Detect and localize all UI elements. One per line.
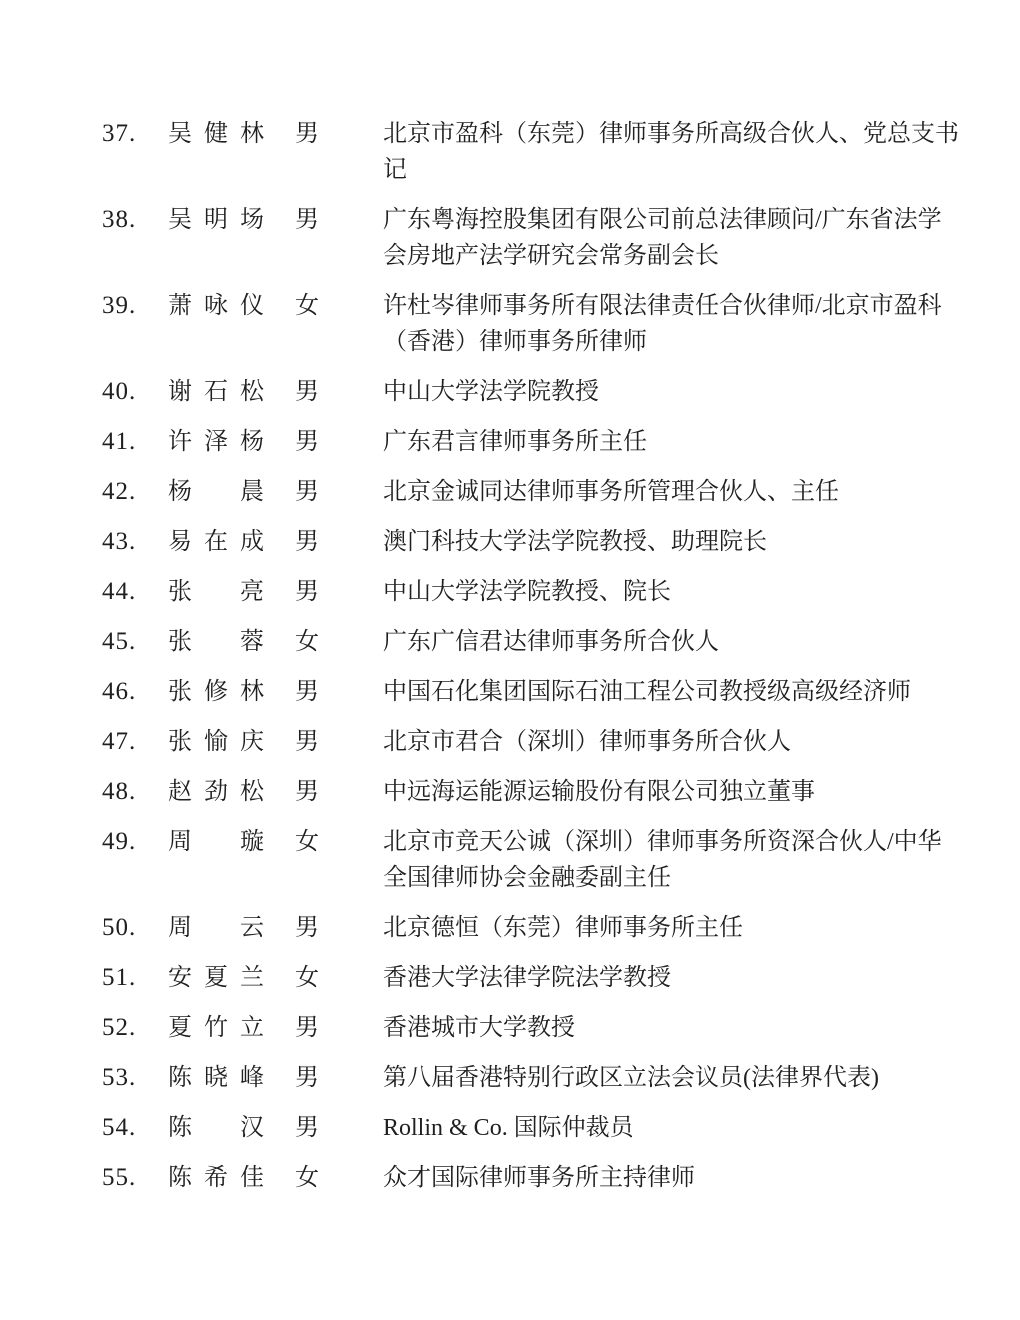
entry-gender: 男 bbox=[295, 724, 383, 760]
entry-number: 48. bbox=[102, 774, 168, 810]
entry-description: 第八届香港特别行政区立法会议员(法律界代表) bbox=[383, 1060, 963, 1096]
entry-number: 40. bbox=[102, 374, 168, 410]
entry-number: 41. bbox=[102, 424, 168, 460]
list-item: 46. 张修林 男 中国石化集团国际石油工程公司教授级高级经济师 bbox=[102, 674, 963, 710]
roster-list: 37. 吴健林 男 北京市盈科（东莞）律师事务所高级合伙人、党总支书记 38. … bbox=[102, 116, 963, 1196]
entry-name: 周 璇 bbox=[168, 824, 295, 860]
entry-gender: 男 bbox=[295, 1010, 383, 1046]
entry-description: 北京德恒（东莞）律师事务所主任 bbox=[383, 910, 963, 946]
entry-gender: 女 bbox=[295, 624, 383, 660]
entry-gender: 女 bbox=[295, 288, 383, 324]
entry-name: 陈希佳 bbox=[168, 1160, 295, 1196]
entry-name: 萧咏仪 bbox=[168, 288, 295, 324]
entry-number: 45. bbox=[102, 624, 168, 660]
entry-gender: 男 bbox=[295, 116, 383, 152]
entry-description: 中远海运能源运输股份有限公司独立董事 bbox=[383, 774, 963, 810]
entry-number: 55. bbox=[102, 1160, 168, 1196]
entry-description: 中山大学法学院教授 bbox=[383, 374, 963, 410]
list-item: 41. 许泽杨 男 广东君言律师事务所主任 bbox=[102, 424, 963, 460]
entry-name: 吴健林 bbox=[168, 116, 295, 152]
list-item: 48. 赵劲松 男 中远海运能源运输股份有限公司独立董事 bbox=[102, 774, 963, 810]
entry-description: 北京市盈科（东莞）律师事务所高级合伙人、党总支书记 bbox=[383, 116, 963, 188]
entry-description: 澳门科技大学法学院教授、助理院长 bbox=[383, 524, 963, 560]
entry-name: 安夏兰 bbox=[168, 960, 295, 996]
list-item: 40. 谢石松 男 中山大学法学院教授 bbox=[102, 374, 963, 410]
list-item: 44. 张 亮 男 中山大学法学院教授、院长 bbox=[102, 574, 963, 610]
document-page: 37. 吴健林 男 北京市盈科（东莞）律师事务所高级合伙人、党总支书记 38. … bbox=[0, 0, 1020, 1320]
entry-number: 38. bbox=[102, 202, 168, 238]
entry-number: 39. bbox=[102, 288, 168, 324]
entry-name: 许泽杨 bbox=[168, 424, 295, 460]
entry-gender: 男 bbox=[295, 574, 383, 610]
entry-gender: 女 bbox=[295, 824, 383, 860]
entry-description: 中山大学法学院教授、院长 bbox=[383, 574, 963, 610]
list-item: 53. 陈晓峰 男 第八届香港特别行政区立法会议员(法律界代表) bbox=[102, 1060, 963, 1096]
entry-gender: 男 bbox=[295, 374, 383, 410]
list-item: 54. 陈 汉 男 Rollin & Co. 国际仲裁员 bbox=[102, 1110, 963, 1146]
entry-gender: 男 bbox=[295, 524, 383, 560]
entry-number: 37. bbox=[102, 116, 168, 152]
entry-description: 广东广信君达律师事务所合伙人 bbox=[383, 624, 963, 660]
list-item: 37. 吴健林 男 北京市盈科（东莞）律师事务所高级合伙人、党总支书记 bbox=[102, 116, 963, 188]
entry-gender: 女 bbox=[295, 960, 383, 996]
entry-number: 43. bbox=[102, 524, 168, 560]
list-item: 49. 周 璇 女 北京市竞天公诚（深圳）律师事务所资深合伙人/中华全国律师协会… bbox=[102, 824, 963, 896]
entry-description: 广东君言律师事务所主任 bbox=[383, 424, 963, 460]
entry-number: 51. bbox=[102, 960, 168, 996]
entry-name: 杨 晨 bbox=[168, 474, 295, 510]
entry-name: 夏竹立 bbox=[168, 1010, 295, 1046]
entry-number: 49. bbox=[102, 824, 168, 860]
entry-number: 54. bbox=[102, 1110, 168, 1146]
entry-name: 张 蓉 bbox=[168, 624, 295, 660]
entry-gender: 男 bbox=[295, 202, 383, 238]
list-item: 47. 张愉庆 男 北京市君合（深圳）律师事务所合伙人 bbox=[102, 724, 963, 760]
entry-name: 陈 汉 bbox=[168, 1110, 295, 1146]
entry-number: 42. bbox=[102, 474, 168, 510]
list-item: 38. 吴明场 男 广东粤海控股集团有限公司前总法律顾问/广东省法学会房地产法学… bbox=[102, 202, 963, 274]
entry-number: 52. bbox=[102, 1010, 168, 1046]
entry-name: 张愉庆 bbox=[168, 724, 295, 760]
entry-description: 香港城市大学教授 bbox=[383, 1010, 963, 1046]
entry-name: 易在成 bbox=[168, 524, 295, 560]
list-item: 52. 夏竹立 男 香港城市大学教授 bbox=[102, 1010, 963, 1046]
entry-name: 张 亮 bbox=[168, 574, 295, 610]
list-item: 55. 陈希佳 女 众才国际律师事务所主持律师 bbox=[102, 1160, 963, 1196]
entry-name: 谢石松 bbox=[168, 374, 295, 410]
entry-description: 广东粤海控股集团有限公司前总法律顾问/广东省法学会房地产法学研究会常务副会长 bbox=[383, 202, 963, 274]
entry-gender: 男 bbox=[295, 474, 383, 510]
entry-gender: 男 bbox=[295, 910, 383, 946]
list-item: 45. 张 蓉 女 广东广信君达律师事务所合伙人 bbox=[102, 624, 963, 660]
entry-name: 陈晓峰 bbox=[168, 1060, 295, 1096]
list-item: 51. 安夏兰 女 香港大学法律学院法学教授 bbox=[102, 960, 963, 996]
list-item: 39. 萧咏仪 女 许杜岑律师事务所有限法律责任合伙律师/北京市盈科（香港）律师… bbox=[102, 288, 963, 360]
list-item: 43. 易在成 男 澳门科技大学法学院教授、助理院长 bbox=[102, 524, 963, 560]
entry-name: 赵劲松 bbox=[168, 774, 295, 810]
entry-description: 香港大学法律学院法学教授 bbox=[383, 960, 963, 996]
entry-number: 47. bbox=[102, 724, 168, 760]
entry-description: 北京市君合（深圳）律师事务所合伙人 bbox=[383, 724, 963, 760]
entry-description: 北京金诚同达律师事务所管理合伙人、主任 bbox=[383, 474, 963, 510]
entry-gender: 女 bbox=[295, 1160, 383, 1196]
entry-gender: 男 bbox=[295, 674, 383, 710]
entry-gender: 男 bbox=[295, 1110, 383, 1146]
entry-number: 53. bbox=[102, 1060, 168, 1096]
entry-name: 周 云 bbox=[168, 910, 295, 946]
entry-description: 北京市竞天公诚（深圳）律师事务所资深合伙人/中华全国律师协会金融委副主任 bbox=[383, 824, 963, 896]
entry-gender: 男 bbox=[295, 774, 383, 810]
entry-description: 中国石化集团国际石油工程公司教授级高级经济师 bbox=[383, 674, 963, 710]
entry-gender: 男 bbox=[295, 424, 383, 460]
entry-number: 46. bbox=[102, 674, 168, 710]
entry-number: 44. bbox=[102, 574, 168, 610]
entry-name: 吴明场 bbox=[168, 202, 295, 238]
entry-number: 50. bbox=[102, 910, 168, 946]
entry-description: 众才国际律师事务所主持律师 bbox=[383, 1160, 963, 1196]
list-item: 42. 杨 晨 男 北京金诚同达律师事务所管理合伙人、主任 bbox=[102, 474, 963, 510]
entry-description: Rollin & Co. 国际仲裁员 bbox=[383, 1110, 963, 1146]
list-item: 50. 周 云 男 北京德恒（东莞）律师事务所主任 bbox=[102, 910, 963, 946]
entry-gender: 男 bbox=[295, 1060, 383, 1096]
entry-description: 许杜岑律师事务所有限法律责任合伙律师/北京市盈科（香港）律师事务所律师 bbox=[383, 288, 963, 360]
entry-name: 张修林 bbox=[168, 674, 295, 710]
